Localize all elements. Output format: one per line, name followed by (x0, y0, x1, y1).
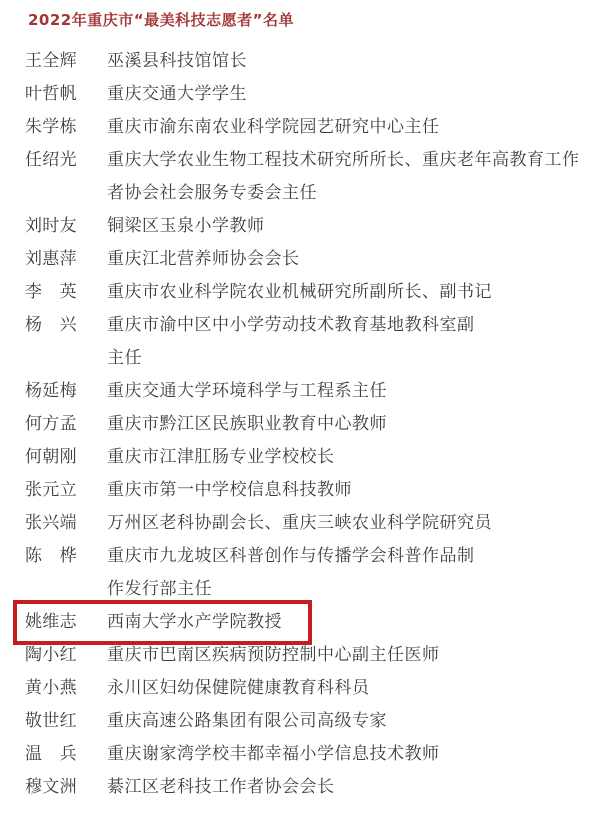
volunteer-name: 穆文洲 (25, 771, 107, 804)
volunteer-title: 重庆市九龙坡区科普创作与传播学会科普作品制作发行部主任 (107, 540, 583, 606)
volunteer-title: 重庆谢家湾学校丰都幸福小学信息技术教师 (107, 738, 583, 771)
list-item: 姚维志西南大学水产学院教授 (25, 606, 583, 639)
list-item: 刘惠萍重庆江北营养师协会会长 (25, 243, 583, 276)
volunteer-title-line: 重庆高速公路集团有限公司高级专家 (107, 705, 583, 738)
volunteer-title: 重庆交通大学学生 (107, 78, 583, 111)
list-item: 张兴端万州区老科协副会长、重庆三峡农业科学院研究员 (25, 507, 583, 540)
list-item: 温 兵重庆谢家湾学校丰都幸福小学信息技术教师 (25, 738, 583, 771)
volunteer-title: 西南大学水产学院教授 (107, 606, 583, 639)
volunteer-title-line: 重庆交通大学学生 (107, 78, 583, 111)
list-item: 杨延梅重庆交通大学环境科学与工程系主任 (25, 375, 583, 408)
volunteer-name: 李 英 (25, 276, 107, 309)
volunteer-name: 陈 桦 (25, 540, 107, 606)
volunteer-title-line: 作发行部主任 (107, 573, 583, 606)
volunteer-title-line: 重庆市江津肛肠专业学校校长 (107, 441, 583, 474)
volunteer-name: 杨延梅 (25, 375, 107, 408)
volunteer-title-line: 重庆市巴南区疾病预防控制中心副主任医师 (107, 639, 583, 672)
volunteer-name: 王全辉 (25, 45, 107, 78)
list-item: 张元立重庆市第一中学校信息科技教师 (25, 474, 583, 507)
volunteer-name: 叶哲帆 (25, 78, 107, 111)
volunteer-title: 重庆市第一中学校信息科技教师 (107, 474, 583, 507)
page-title: 2022年重庆市“最美科技志愿者”名单 (28, 10, 583, 30)
volunteer-list: 王全辉巫溪县科技馆馆长叶哲帆重庆交通大学学生朱学栋重庆市渝东南农业科学院园艺研究… (25, 45, 583, 804)
volunteer-name: 杨 兴 (25, 309, 107, 375)
list-item: 任绍光重庆大学农业生物工程技术研究所所长、重庆老年高教育工作者协会社会服务专委会… (25, 144, 583, 210)
list-item: 陈 桦重庆市九龙坡区科普创作与传播学会科普作品制作发行部主任 (25, 540, 583, 606)
list-item: 敬世红重庆高速公路集团有限公司高级专家 (25, 705, 583, 738)
list-item: 何方孟重庆市黔江区民族职业教育中心教师 (25, 408, 583, 441)
volunteer-name: 任绍光 (25, 144, 107, 210)
volunteer-title-line: 西南大学水产学院教授 (107, 606, 583, 639)
volunteer-name: 张元立 (25, 474, 107, 507)
volunteer-name: 何方孟 (25, 408, 107, 441)
volunteer-name: 姚维志 (25, 606, 107, 639)
volunteer-name: 何朝刚 (25, 441, 107, 474)
volunteer-name: 敬世红 (25, 705, 107, 738)
volunteer-title-line: 者协会社会服务专委会主任 (107, 177, 583, 210)
volunteer-title-line: 铜梁区玉泉小学教师 (107, 210, 583, 243)
volunteer-title-line: 巫溪县科技馆馆长 (107, 45, 583, 78)
volunteer-title-line: 重庆江北营养师协会会长 (107, 243, 583, 276)
list-item: 杨 兴重庆市渝中区中小学劳动技术教育基地教科室副主任 (25, 309, 583, 375)
volunteer-title-line: 重庆谢家湾学校丰都幸福小学信息技术教师 (107, 738, 583, 771)
volunteer-title: 巫溪县科技馆馆长 (107, 45, 583, 78)
list-item: 陶小红重庆市巴南区疾病预防控制中心副主任医师 (25, 639, 583, 672)
volunteer-title: 重庆市巴南区疾病预防控制中心副主任医师 (107, 639, 583, 672)
volunteer-title: 重庆市渝东南农业科学院园艺研究中心主任 (107, 111, 583, 144)
volunteer-title-line: 重庆市黔江区民族职业教育中心教师 (107, 408, 583, 441)
list-item: 王全辉巫溪县科技馆馆长 (25, 45, 583, 78)
volunteer-title: 重庆市江津肛肠专业学校校长 (107, 441, 583, 474)
volunteer-title-line: 万州区老科协副会长、重庆三峡农业科学院研究员 (107, 507, 583, 540)
list-item: 刘时友铜梁区玉泉小学教师 (25, 210, 583, 243)
volunteer-title: 万州区老科协副会长、重庆三峡农业科学院研究员 (107, 507, 583, 540)
volunteer-title-line: 重庆市渝东南农业科学院园艺研究中心主任 (107, 111, 583, 144)
volunteer-title: 重庆市黔江区民族职业教育中心教师 (107, 408, 583, 441)
list-item: 穆文洲綦江区老科技工作者协会会长 (25, 771, 583, 804)
volunteer-name: 朱学栋 (25, 111, 107, 144)
volunteer-title: 重庆高速公路集团有限公司高级专家 (107, 705, 583, 738)
volunteer-title-line: 重庆市九龙坡区科普创作与传播学会科普作品制 (107, 540, 583, 573)
volunteer-title-line: 綦江区老科技工作者协会会长 (107, 771, 583, 804)
volunteer-title-line: 主任 (107, 342, 583, 375)
volunteer-title: 永川区妇幼保健院健康教育科科员 (107, 672, 583, 705)
volunteer-name: 刘惠萍 (25, 243, 107, 276)
volunteer-title: 綦江区老科技工作者协会会长 (107, 771, 583, 804)
volunteer-title-line: 重庆市农业科学院农业机械研究所副所长、副书记 (107, 276, 583, 309)
volunteer-title-line: 重庆交通大学环境科学与工程系主任 (107, 375, 583, 408)
volunteer-name: 张兴端 (25, 507, 107, 540)
volunteer-name: 温 兵 (25, 738, 107, 771)
volunteer-title: 重庆大学农业生物工程技术研究所所长、重庆老年高教育工作者协会社会服务专委会主任 (107, 144, 583, 210)
volunteer-title: 重庆市农业科学院农业机械研究所副所长、副书记 (107, 276, 583, 309)
list-item: 朱学栋重庆市渝东南农业科学院园艺研究中心主任 (25, 111, 583, 144)
list-item: 黄小燕永川区妇幼保健院健康教育科科员 (25, 672, 583, 705)
list-item: 李 英重庆市农业科学院农业机械研究所副所长、副书记 (25, 276, 583, 309)
volunteer-title-line: 永川区妇幼保健院健康教育科科员 (107, 672, 583, 705)
document-page: 2022年重庆市“最美科技志愿者”名单 王全辉巫溪县科技馆馆长叶哲帆重庆交通大学… (0, 0, 593, 814)
volunteer-title: 重庆市渝中区中小学劳动技术教育基地教科室副主任 (107, 309, 583, 375)
volunteer-title-line: 重庆市渝中区中小学劳动技术教育基地教科室副 (107, 309, 583, 342)
volunteer-title: 铜梁区玉泉小学教师 (107, 210, 583, 243)
volunteer-title-line: 重庆大学农业生物工程技术研究所所长、重庆老年高教育工作 (107, 144, 583, 177)
volunteer-name: 黄小燕 (25, 672, 107, 705)
volunteer-title: 重庆江北营养师协会会长 (107, 243, 583, 276)
volunteer-name: 刘时友 (25, 210, 107, 243)
list-item: 何朝刚重庆市江津肛肠专业学校校长 (25, 441, 583, 474)
volunteer-name: 陶小红 (25, 639, 107, 672)
volunteer-title: 重庆交通大学环境科学与工程系主任 (107, 375, 583, 408)
list-item: 叶哲帆重庆交通大学学生 (25, 78, 583, 111)
volunteer-title-line: 重庆市第一中学校信息科技教师 (107, 474, 583, 507)
